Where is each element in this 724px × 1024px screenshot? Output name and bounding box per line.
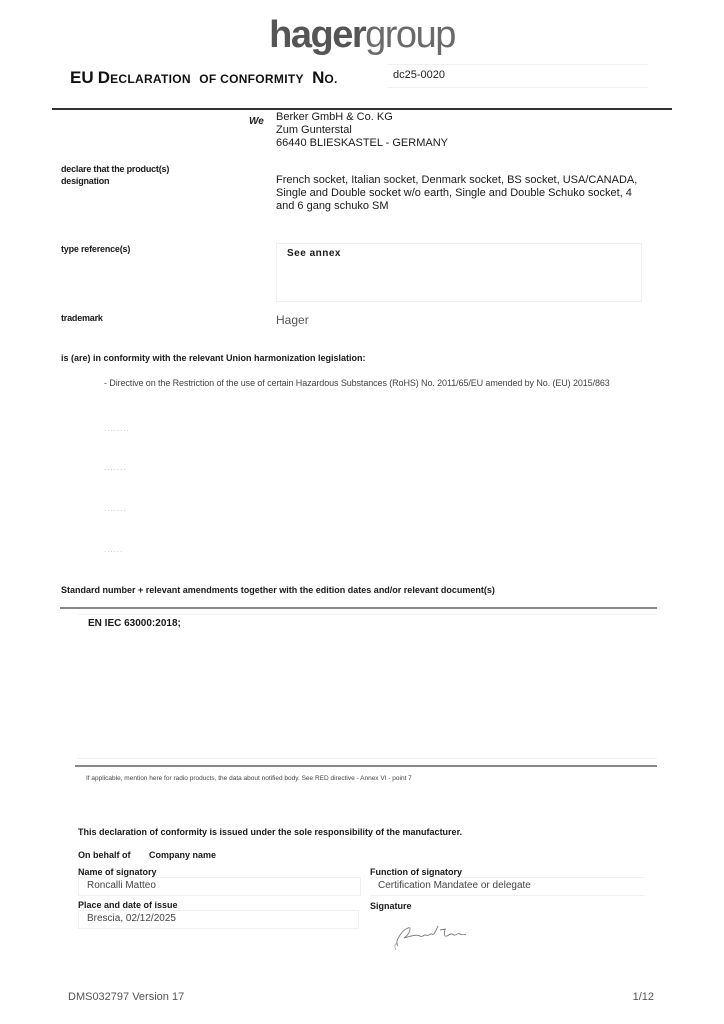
hagergroup-logo: hagergroup xyxy=(0,14,724,56)
place-date-field: Brescia, 02/12/2025 xyxy=(78,910,359,929)
directive-placeholder: ........ xyxy=(104,424,130,433)
title-eu: EU xyxy=(70,68,94,87)
designation-line1: French socket, Italian socket, Denmark s… xyxy=(276,174,637,187)
signatory-function-value: Certification Mandatee or delegate xyxy=(378,880,531,891)
document-title: EU DECLARATION OF CONFORMITY NO. xyxy=(70,68,338,88)
type-reference-field: See annex xyxy=(276,243,642,302)
standards-divider xyxy=(60,607,657,609)
signatory-function-label: Function of signatory xyxy=(370,867,462,877)
manufacturer-street: Zum Gunterstal xyxy=(276,124,448,137)
logo-light-text: group xyxy=(365,14,455,56)
signatory-name-label: Name of signatory xyxy=(78,867,157,877)
standards-value: EN IEC 63000:2018; xyxy=(88,618,181,629)
product-label: declare that the product(s) designation xyxy=(61,163,169,187)
place-date-value: Brescia, 02/12/2025 xyxy=(87,913,176,924)
manufacturer-name: Berker GmbH & Co. KG xyxy=(276,111,448,124)
directive-rohs: - Directive on the Restriction of the us… xyxy=(104,378,610,388)
designation-line2: Single and Double socket w/o earth, Sing… xyxy=(276,187,637,200)
directive-placeholder: ...... xyxy=(104,545,123,554)
type-reference-label: type reference(s) xyxy=(61,244,130,254)
standards-label: Standard number + relevant amendments to… xyxy=(61,585,495,595)
signatory-name-value: Roncalli Matteo xyxy=(87,880,156,891)
product-label-line2: designation xyxy=(61,175,169,187)
title-eclaration: ECLARATION xyxy=(110,72,191,86)
manufacturer-city: 66440 BLIESKASTEL - GERMANY xyxy=(276,137,448,150)
radio-divider xyxy=(75,765,657,767)
responsibility-statement: This declaration of conformity is issued… xyxy=(78,827,462,837)
on-behalf-label: On behalf of xyxy=(78,850,131,860)
radio-products-note: If applicable, mention here for radio pr… xyxy=(86,775,412,782)
title-o: O. xyxy=(324,72,337,86)
standards-box-top xyxy=(77,614,657,615)
page-number: 1/12 xyxy=(633,991,654,1003)
trademark-value: Hager xyxy=(276,313,309,327)
handwritten-signature xyxy=(388,916,473,952)
trademark-label: trademark xyxy=(61,313,103,323)
we-label: We xyxy=(249,116,264,127)
product-label-line1: declare that the product(s) xyxy=(61,163,169,175)
title-n: N xyxy=(312,68,324,87)
standards-box-bottom xyxy=(77,758,657,759)
signature-label: Signature xyxy=(370,901,412,911)
directive-placeholder: ....... xyxy=(104,504,127,513)
legislation-label: is (are) in conformity with the relevant… xyxy=(61,353,366,363)
company-name: Company name xyxy=(149,850,216,860)
signatory-name-field: Roncalli Matteo xyxy=(78,877,361,896)
header-divider xyxy=(52,108,672,110)
declaration-number: dc25-0020 xyxy=(393,69,445,81)
title-of-conformity: OF CONFORMITY xyxy=(199,72,304,86)
product-designation: French socket, Italian socket, Denmark s… xyxy=(276,174,637,213)
designation-line3: and 6 gang schuko SM xyxy=(276,200,637,213)
document-reference: DMS032797 Version 17 xyxy=(68,991,184,1003)
logo-bold-text: hager xyxy=(269,14,365,56)
manufacturer-address: Berker GmbH & Co. KG Zum Gunterstal 6644… xyxy=(276,111,448,150)
directive-placeholder: ....... xyxy=(104,463,127,472)
title-d: D xyxy=(98,68,110,87)
place-date-label: Place and date of issue xyxy=(78,900,178,910)
type-reference-value: See annex xyxy=(287,248,341,259)
signatory-function-field: Certification Mandatee or delegate xyxy=(370,877,644,896)
